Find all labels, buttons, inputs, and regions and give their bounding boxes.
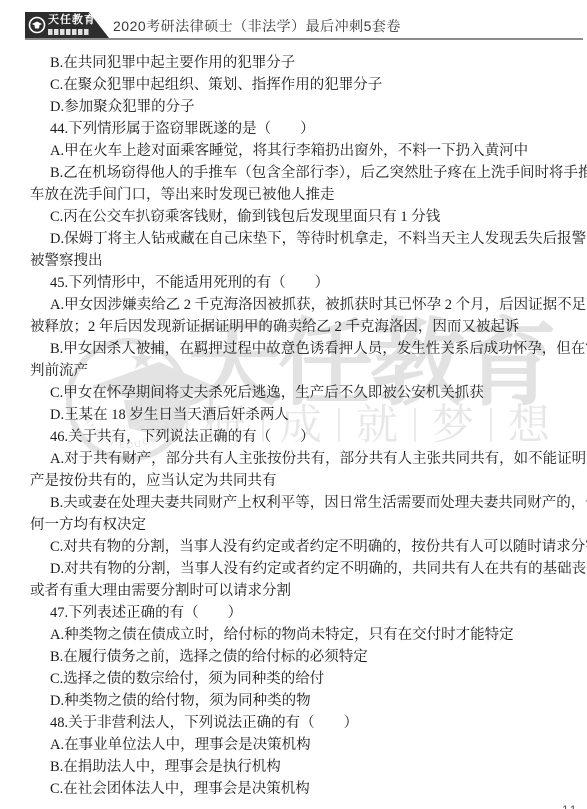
text-line: B.在共同犯罪中起主要作用的犯罪分子: [30, 52, 560, 74]
text-line: D.参加聚众犯罪的分子: [30, 96, 560, 118]
text-line: B.乙在机场窃得他人的手推车（包含全部行李），后乙突然肚子疼在上洗手间时将手推: [30, 162, 560, 184]
text-line: A.在事业单位法人中，理事会是决策机构: [30, 734, 560, 756]
text-line: 被释放；2 年后因发现新证据证明甲的确卖给乙 2 千克海洛因，因而又被起诉: [30, 316, 560, 338]
text-line: B.夫或妻在处理夫妻共同财产上权利平等，因日常生活需要而处理夫妻共同财产的，任: [30, 492, 560, 514]
text-line: 何一方均有权决定: [30, 514, 560, 536]
text-line: B.在履行债务之前，选择之债的给付标的必须特定: [30, 646, 560, 668]
text-line: 46.关于共有，下列说法正确的有（ ）: [30, 426, 560, 448]
text-line: D.种类物之债的给付物，须为同种类的物: [30, 690, 560, 712]
text-line: 被警察搜出: [30, 250, 560, 272]
text-line: 48.关于非营利法人，下列说法正确的有（ ）: [30, 712, 560, 734]
text-line: C.对共有物的分割，当事人没有约定或者约定不明确的，按份共有人可以随时请求分割: [30, 536, 560, 558]
text-line: A.甲在火车上趁对面乘客睡觉，将其行李箱扔出窗外，不料一下扔入黄河中: [30, 140, 560, 162]
text-line: C.丙在公交车扒窃乘客钱财，偷到钱包后发现里面只有 1 分钱: [30, 206, 560, 228]
document-title: 2020考研法律硕士（非法学）最后冲刺5套卷: [113, 16, 401, 36]
text-line: 车放在洗手间门口，等出来时发现已被他人推走: [30, 184, 560, 206]
text-line: A.种类物之债在债成立时，给付标的物尚未特定，只有在交付时才能特定: [30, 624, 560, 646]
logo-subtext-strip: [48, 29, 90, 35]
text-line: 47.下列表述正确的有（ ）: [30, 602, 560, 624]
brand-logo: 天任教育: [25, 12, 109, 38]
page-header: 天任教育 2020考研法律硕士（非法学）最后冲刺5套卷: [0, 0, 587, 42]
text-line: C.选择之债的数宗给付，须为同种类的给付: [30, 668, 560, 690]
text-line: 产是按份共有的，应当认定为共同共有: [30, 470, 560, 492]
text-line: C.在聚众犯罪中起组织、策划、指挥作用的犯罪分子: [30, 74, 560, 96]
text-line: D.王某在 18 岁生日当天酒后奸杀两人: [30, 404, 560, 426]
text-line: 44.下列情形属于盗窃罪既遂的是（ ）: [30, 118, 560, 140]
text-line: A.甲女因涉嫌卖给乙 2 千克海洛因被抓获，被抓获时其已怀孕 2 个月，后因证据…: [30, 294, 560, 316]
body-lines: B.在共同犯罪中起主要作用的犯罪分子C.在聚众犯罪中起组织、策划、指挥作用的犯罪…: [30, 52, 560, 800]
exam-page: { "header": { "title": "2020考研法律硕士（非法学）最…: [0, 0, 587, 809]
text-line: 45.下列情形中，不能适用死刑的有（ ）: [30, 272, 560, 294]
text-line: A.对于共有财产，部分共有人主张按份共有，部分共有人主张共同共有，如不能证明财: [30, 448, 560, 470]
text-line: D.保姆丁将主人钻戒藏在自己床垫下，等待时机拿走，不料当天主人发现丢失后报警，: [30, 228, 560, 250]
text-line: B.在捐助法人中，理事会是执行机构: [30, 756, 560, 778]
text-line: C.在社会团体法人中，理事会是决策机构: [30, 778, 560, 800]
logo-brand-text: 天任教育: [48, 14, 94, 27]
text-line: C.甲女在怀孕期间将丈夫杀死后逃逸，生产后不久即被公安机关抓获: [30, 382, 560, 404]
text-line: B.甲女因杀人被捕，在羁押过程中故意色诱看押人员，发生性关系后成功怀孕，但在审: [30, 338, 560, 360]
text-line: 或者有重大理由需要分割时可以请求分割: [30, 580, 560, 602]
header-divider: [25, 38, 583, 40]
logo-emblem-icon: [28, 16, 46, 34]
page-number-partial: 11: [562, 801, 578, 809]
text-line: 判前流产: [30, 360, 560, 382]
text-line: D.对共有物的分割，当事人没有约定或者约定不明确的，共同共有人在共有的基础丧失: [30, 558, 560, 580]
